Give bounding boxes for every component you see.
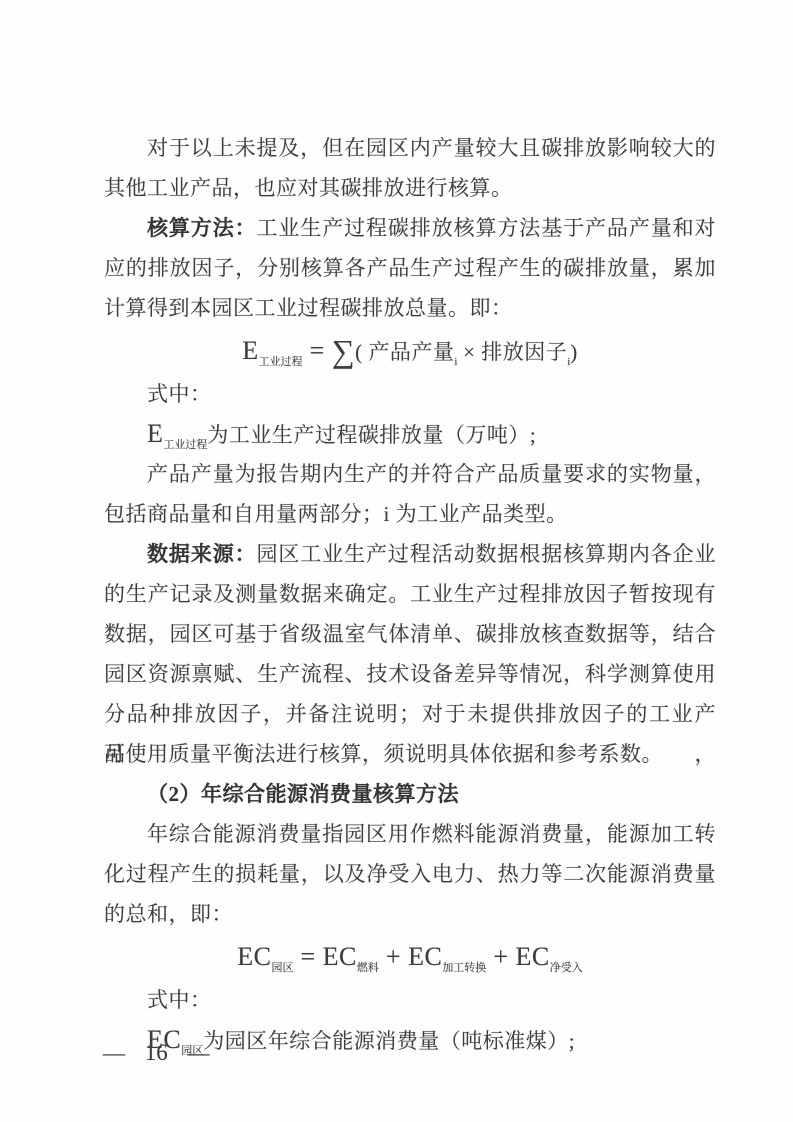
formula-industrial-process-emissions: E工业过程 = ∑( 产品产量i × 排放因子i): [104, 328, 716, 374]
text-line: 的生产记录及测量数据来确定。工业生产过程排放因子暂按现有: [104, 574, 716, 614]
text-segment: EC: [323, 942, 357, 971]
text-line: 计算得到本园区工业过程碳排放总量。即：: [104, 288, 716, 328]
text-segment: 应的排放因子，分别核算各产品生产过程产生的碳排放量，累加: [104, 256, 716, 280]
text-segment: 化过程产生的损耗量，以及净受入电力、热力等二次能源消费量: [104, 862, 716, 886]
formula-subscript: 净受入: [550, 962, 583, 974]
text-segment: 对于以上未提及，但在园区内产量较大且碳排放影响较大的: [147, 136, 716, 160]
text-line: 应的排放因子，分别核算各产品生产过程产生的碳排放量，累加: [104, 248, 716, 288]
text-segment: 计算得到本园区工业过程碳排放总量。即：: [104, 296, 513, 320]
text-segment: E: [147, 419, 163, 448]
text-segment: EC: [515, 942, 549, 971]
text-segment: 的生产记录及测量数据来确定。工业生产过程排放因子暂按现有: [104, 582, 716, 606]
text-segment: +: [486, 942, 515, 971]
text-segment: 为园区年综合能源消费量（吨标准煤）;: [203, 1029, 575, 1053]
footer-left-dash: —: [103, 1036, 125, 1070]
document-content: 对于以上未提及，但在园区内产量较大且碳排放影响较大的其他工业产品，也应对其碳排放…: [104, 128, 716, 1060]
text-line: 产品产量为报告期内生产的并符合产品质量要求的实物量，: [104, 454, 716, 494]
text-line: E工业过程为工业生产过程碳排放量（万吨）;: [104, 414, 716, 454]
section-heading: （2）年综合能源消费量核算方法: [104, 774, 716, 814]
text-segment: 数据来源：: [147, 542, 257, 566]
text-line: 其他工业产品，也应对其碳排放进行核算。: [104, 168, 716, 208]
formula-subscript: 园区: [272, 962, 294, 974]
text-segment: =: [303, 336, 332, 365]
text-segment: 式中：: [147, 382, 212, 406]
text-line: 的总和，即：: [104, 894, 716, 934]
text-segment: EC: [237, 942, 271, 971]
text-segment: 其他工业产品，也应对其碳排放进行核算。: [104, 176, 513, 200]
text-line: 核算方法：工业生产过程碳排放核算方法基于产品产量和对: [104, 208, 716, 248]
page-number: 16: [145, 1036, 168, 1070]
text-segment: 可使用质量平衡法进行核算，须说明具体依据和参考系数。: [104, 742, 663, 766]
text-segment: EC: [408, 942, 442, 971]
formula-annual-energy-consumption: EC园区 = EC燃料 + EC加工转换 + EC净受入: [104, 934, 716, 980]
text-segment: 园区工业生产过程活动数据根据核算期内各企业: [257, 542, 717, 566]
text-line: 数据来源：园区工业生产过程活动数据根据核算期内各企业: [104, 534, 716, 574]
text-segment: ∑: [332, 333, 355, 369]
text-segment: E: [242, 336, 258, 365]
text-segment: 数据，园区可基于省级温室气体清单、碳排放核查数据等，结合: [104, 622, 716, 646]
text-segment: 核算方法：: [147, 216, 257, 240]
text-segment: （2）年综合能源消费量核算方法: [147, 782, 459, 806]
formula-subscript: 燃料: [357, 962, 379, 974]
document-page: 对于以上未提及，但在园区内产量较大且碳排放影响较大的其他工业产品，也应对其碳排放…: [0, 0, 793, 1122]
text-segment: ( 产品产量: [355, 340, 454, 364]
text-segment: 的总和，即：: [104, 902, 233, 926]
page-footer: — 16 —: [103, 1036, 210, 1070]
text-line: 园区资源禀赋、生产流程、技术设备差异等情况，科学测算使用: [104, 654, 716, 694]
formula-subscript: 工业过程: [163, 439, 207, 451]
text-line: 年综合能源消费量指园区用作燃料能源消费量，能源加工转: [104, 814, 716, 854]
formula-subscript: 工业过程: [259, 356, 303, 368]
text-line: 式中：: [104, 374, 716, 414]
text-segment: 工业生产过程碳排放核算方法基于产品产量和对: [257, 216, 717, 240]
text-segment: ): [570, 340, 578, 364]
text-line: 式中：: [104, 980, 716, 1020]
text-line: 分品种排放因子，并备注说明；对于未提供排放因子的工业产品，: [104, 694, 716, 734]
footer-right-dash: —: [188, 1036, 210, 1070]
text-segment: 年综合能源消费量指园区用作燃料能源消费量，能源加工转: [147, 822, 716, 846]
text-segment: 园区资源禀赋、生产流程、技术设备差异等情况，科学测算使用: [104, 662, 716, 686]
text-line: 可使用质量平衡法进行核算，须说明具体依据和参考系数。: [104, 734, 716, 774]
text-segment: 式中：: [147, 988, 212, 1012]
text-line: 化过程产生的损耗量，以及净受入电力、热力等二次能源消费量: [104, 854, 716, 894]
formula-subscript: 加工转换: [442, 962, 486, 974]
text-segment: +: [379, 942, 408, 971]
text-line: 对于以上未提及，但在园区内产量较大且碳排放影响较大的: [104, 128, 716, 168]
text-segment: × 排放因子: [457, 340, 567, 364]
text-segment: =: [294, 942, 323, 971]
text-line: 数据，园区可基于省级温室气体清单、碳排放核查数据等，结合: [104, 614, 716, 654]
text-line: 包括商品量和自用量两部分；i 为工业产品类型。: [104, 494, 716, 534]
text-segment: 为工业生产过程碳排放量（万吨）;: [207, 423, 536, 447]
text-segment: 包括商品量和自用量两部分；i 为工业产品类型。: [104, 502, 568, 526]
text-segment: 产品产量为报告期内生产的并符合产品质量要求的实物量，: [147, 462, 716, 486]
